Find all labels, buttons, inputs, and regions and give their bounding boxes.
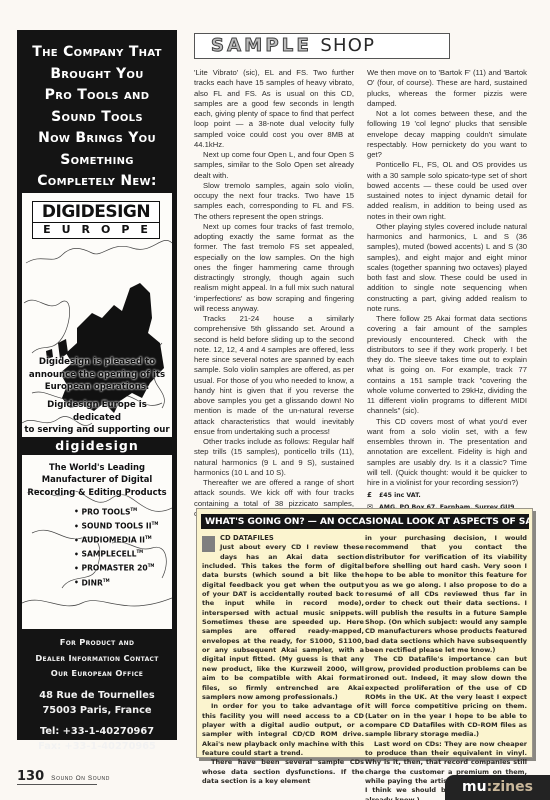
contact-heading-line: For Product and [17,635,177,651]
paragraph: Other tracks include as follows: Regular… [194,437,354,478]
magazine-name: Sound On Sound [51,775,110,782]
paragraph: Slow tremolo samples, again solo violin,… [194,181,354,222]
dedication-line: Digidesign Europe is dedicated [22,399,172,424]
box-column-left: CD DATAFILES Just about every CD I revie… [202,534,364,786]
tagline-line: The World's Leading [22,461,172,473]
advert-map-panel: DIGIDESIGN EUROPE Digidesign is pleased … [22,193,172,629]
product-block: The World's Leading Manufacturer of Digi… [22,461,172,589]
headline-line: Something [17,150,177,172]
box-subheading: CD DATAFILES [202,534,364,543]
muzines-watermark[interactable]: mu:zines [445,775,550,800]
product-item: DINRTM [74,575,172,589]
product-item: PROMASTER 20TM [74,560,172,574]
section-title-bold: SAMPLE [211,35,312,56]
address-line: 48 Rue de Tournelles [17,688,177,703]
product-item: PRO TOOLSTM [74,504,172,518]
page-number: 130 [17,769,44,784]
price-text: £45 inc VAT. [379,492,421,499]
grey-square-icon [202,536,215,552]
telephone-number: Tel: +33-1-40270967 [17,724,177,739]
paragraph: Not a lot comes between these, and the f… [367,109,527,160]
headline-line: Pro Tools and [17,85,177,107]
box-column-right: in your purchasing decision, I would rec… [365,534,527,800]
page-folio: 130Sound On Sound [17,767,97,785]
article-column-1: 'Lite Vibrato' (sic), EL and FS. Two fur… [194,68,354,519]
headline-line: Brought You [17,64,177,86]
announcement-text: Digidesign is pleased to announce the op… [22,356,172,394]
headline-line: Completely New: [17,171,177,193]
product-list: PRO TOOLSTM SOUND TOOLS IITM AUDIOMEDIA … [74,504,172,589]
section-title-light: SHOP [320,35,375,56]
article-column-2: We then move on to 'Bartok F' (11) and '… [367,68,527,535]
paragraph: The CD Datafile's importance can but gro… [365,655,527,739]
advert-contact: For Product and Dealer Information Conta… [17,635,177,754]
box-title: WHAT'S GOING ON? — AN OCCASIONAL LOOK AT… [201,514,529,529]
section-title: SAMPLE SHOP [194,33,450,59]
paragraph: In order for you to take advantage of th… [202,702,364,758]
address-line: 75003 Paris, France [17,703,177,718]
office-phone-fax: Tel: +33-1-40270967 Fax: +33-1-40270965 [17,724,177,754]
headline-line: The Company That [17,42,177,64]
digidesign-wordmark: digidesign [22,437,172,455]
price-row: ££45 inc VAT. [367,490,527,502]
paragraph: Just about every CD I review these days … [202,543,364,702]
product-item: SOUND TOOLS IITM [74,518,172,532]
pound-icon: £ [367,490,379,501]
paragraph: Tracks 21-24 house a similarly comprehen… [194,314,354,437]
logo-sub-text: EUROPE [33,222,159,237]
paragraph: Other playing styles covered include nat… [367,222,527,314]
product-item: SAMPLECELLTM [74,546,172,560]
announcement-line: Digidesign is pleased to [22,356,172,369]
whats-going-on-box: WHAT'S GOING ON? — AN OCCASIONAL LOOK AT… [196,508,533,758]
fax-number: Fax: +33-1-40270965 [17,739,177,754]
tagline-line: Recording & Editing Products [22,486,172,498]
watermark-text-a: mu [462,779,487,795]
announcement-line: announce the opening of its [22,369,172,382]
contact-heading-line: Our European Office [17,666,177,682]
product-item: AUDIOMEDIA IITM [74,532,172,546]
office-address: 48 Rue de Tournelles 75003 Paris, France [17,688,177,718]
headline-line: Now Brings You [17,128,177,150]
logo-main-text: DIGIDESIGN [33,202,159,222]
tagline-line: Manufacturer of Digital [22,473,172,485]
paragraph: This CD covers most of what you'd ever w… [367,417,527,489]
paragraph: 'Lite Vibrato' (sic), EL and FS. Two fur… [194,68,354,150]
paragraph: There have been several sample CDs whose… [202,758,364,786]
digidesign-advert: The Company That Brought You Pro Tools a… [17,30,177,740]
paragraph: Next up come four Open L, and four Open … [194,150,354,181]
paragraph: We then move on to 'Bartok F' (11) and '… [367,68,527,109]
headline-line: Sound Tools [17,107,177,129]
contact-heading-line: Dealer Information Contact [17,651,177,667]
digidesign-europe-logo: DIGIDESIGN EUROPE [32,201,160,239]
paragraph: Next up comes four tracks of fast tremol… [194,222,354,314]
paragraph: in your purchasing decision, I would rec… [365,534,527,655]
paragraph: Ponticello FL, FS, OL and OS provides us… [367,160,527,222]
announcement-line: European operations. [22,381,172,394]
dedication-line: to serving and supporting our [22,424,172,437]
paragraph: There follow 25 Akai format data section… [367,314,527,417]
watermark-text-b: :zines [487,779,533,795]
advert-headline: The Company That Brought You Pro Tools a… [17,30,177,193]
